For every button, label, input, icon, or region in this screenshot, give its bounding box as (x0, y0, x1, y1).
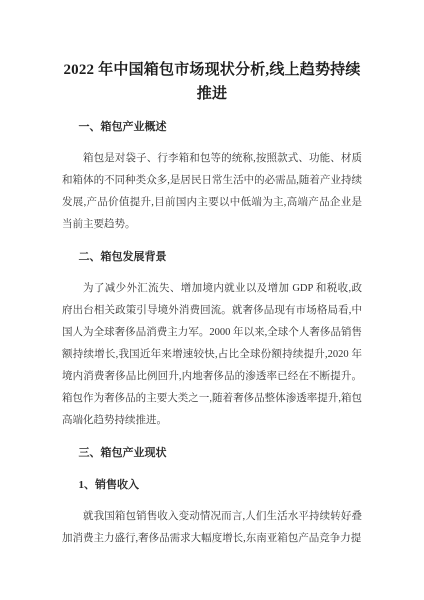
section-3-subheading: 1、销售收入 (62, 474, 362, 496)
document-title-text: 2022 年中国箱包市场现状分析,线上趋势持续推进 (63, 62, 360, 102)
section-1-heading: 一、箱包产业概述 (62, 116, 362, 138)
section-2-paragraph: 为了减少外汇流失、增加境内就业以及增加 GDP 和税收,政府出台相关政策引导境外… (62, 278, 362, 432)
section-1-paragraph: 箱包是对袋子、行李箱和包等的统称,按照款式、功能、材质和箱体的不同种类众多,是居… (62, 148, 362, 236)
document-title: 2022 年中国箱包市场现状分析,线上趋势持续推进 (62, 58, 362, 106)
document-page: 2022 年中国箱包市场现状分析,线上趋势持续推进 一、箱包产业概述 箱包是对袋… (0, 0, 424, 600)
section-3-paragraph: 就我国箱包销售收入变动情况而言,人们生活水平持续转好叠加消费主力盛行,奢侈品需求… (62, 506, 362, 550)
section-3-heading: 三、箱包产业现状 (62, 442, 362, 464)
section-2-heading: 二、箱包发展背景 (62, 246, 362, 268)
